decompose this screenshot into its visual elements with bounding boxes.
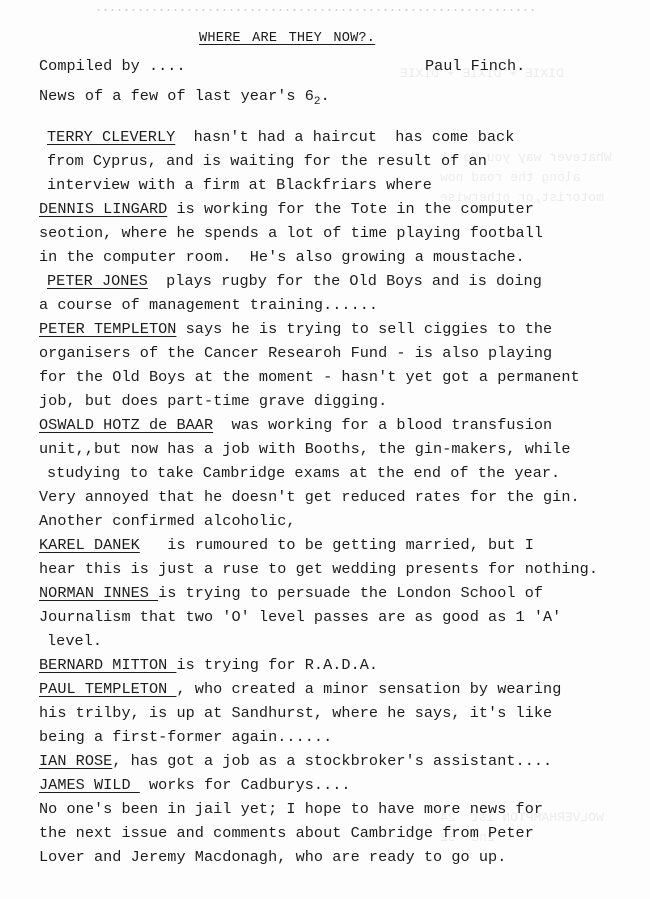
entry-text: is working for the Tote in the computer [167,200,534,218]
entry-line: unit,,but now has a job with Booths, the… [39,440,571,458]
entry-text: is trying to persuade the London School … [158,584,543,602]
entry-text: is rumoured to be getting married, but I [140,536,534,554]
entry-line: BERNARD MITTON is trying for R.A.D.A. [39,656,378,674]
show-through-text: along the road now [440,170,580,185]
closing-line: the next issue and comments about Cambri… [39,824,534,842]
entry-line: JAMES WILD works for Cadburys.... [39,776,351,794]
entry-line: his trilby, is up at Sandhurst, where he… [39,704,552,722]
entry-line: Journalism that two 'O' level passes are… [39,608,561,626]
entry-text: plays rugby for the Old Boys and is doin… [148,272,542,290]
entry-text: is trying for R.A.D.A. [176,656,378,674]
entry-line: seotion, where he spends a lot of time p… [39,224,543,242]
entry-line: a course of management training...... [39,296,378,314]
page-title: WHERE ARE THEY NOW?. [199,31,375,46]
entry-line: hear this is just a ruse to get wedding … [39,560,598,578]
entry-line: PETER TEMPLETON says he is trying to sel… [39,320,552,338]
intro-line: News of a few of last year's 62. [39,87,330,108]
closing-line: No one's been in jail yet; I hope to hav… [39,800,543,818]
entry-text: works for Cadburys.... [140,776,351,794]
person-name: DENNIS LINGARD [39,200,167,218]
person-name: TERRY CLEVERLY [47,128,175,146]
entry-text: hasn't had a haircut has come back [175,128,514,146]
entry-line: organisers of the Cancer Researoh Fund -… [39,344,552,362]
entry-line: TERRY CLEVERLY hasn't had a haircut has … [47,128,514,146]
compiled-by-label: Compiled by .... [39,57,186,75]
entry-line: interview with a firm at Blackfriars whe… [47,176,432,194]
entry-line: DENNIS LINGARD is working for the Tote i… [39,200,534,218]
entry-line: in the computer room. He's also growing … [39,248,525,266]
entry-line: job, but does part-time grave digging. [39,392,387,410]
entry-line: KAREL DANEK is rumoured to be getting ma… [39,536,534,554]
entry-line: from Cyprus, and is waiting for the resu… [47,152,487,170]
entry-line: studying to take Cambridge exams at the … [47,464,560,482]
typewritten-page: DIXIE + DIXIE + DIXIE Whatever way you d… [0,0,650,899]
entry-text: was working for a blood transfusion [213,416,552,434]
intro-subscript: 2 [314,96,321,108]
person-name: PAUL TEMPLETON [39,680,176,698]
entry-line: level. [47,632,102,650]
entry-line: IAN ROSE, has got a job as a stockbroker… [39,752,552,770]
person-name: KAREL DANEK [39,536,140,554]
entry-line: PAUL TEMPLETON , who created a minor sen… [39,680,561,698]
entry-line: Another confirmed alcoholic, [39,512,296,530]
person-name: PETER TEMPLETON [39,320,176,338]
paper-specks [95,8,535,12]
entry-line: for the Old Boys at the moment - hasn't … [39,368,580,386]
person-name: PETER JONES [47,272,148,290]
entry-text: , who created a minor sensation by weari… [176,680,561,698]
closing-line: Lover and Jeremy Macdonagh, who are read… [39,848,506,866]
entry-line: NORMAN INNES is trying to persuade the L… [39,584,543,602]
person-name: IAN ROSE [39,752,112,770]
compiled-by-author: Paul Finch. [425,57,525,75]
intro-suffix: . [321,87,330,105]
person-name: NORMAN INNES [39,584,158,602]
person-name: OSWALD HOTZ de BAAR [39,416,213,434]
entry-line: OSWALD HOTZ de BAAR was working for a bl… [39,416,552,434]
entry-line: being a first-former again...... [39,728,332,746]
entry-text: , has got a job as a stockbroker's assis… [112,752,552,770]
entry-text: says he is trying to sell ciggies to the [176,320,552,338]
person-name: JAMES WILD [39,776,140,794]
entry-line: Very annoyed that he doesn't get reduced… [39,488,580,506]
entry-line: PETER JONES plays rugby for the Old Boys… [47,272,542,290]
intro-prefix: News of a few of last year's 6 [39,87,314,105]
person-name: BERNARD MITTON [39,656,176,674]
